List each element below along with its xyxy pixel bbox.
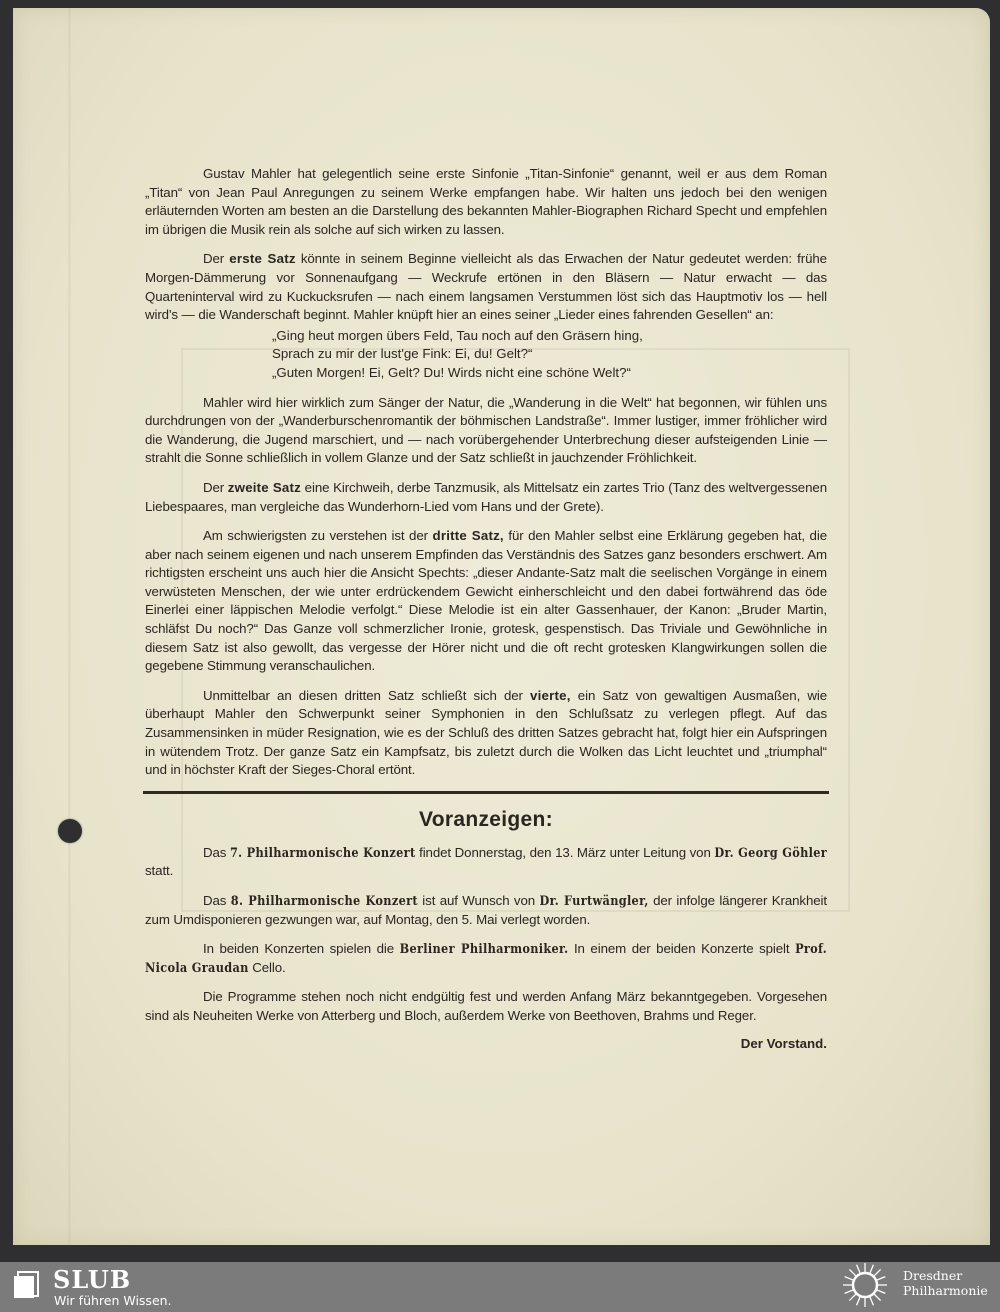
emphasis-third-movement: dritte Satz, bbox=[433, 528, 504, 543]
concert-name: 8. Philharmonische Konzert bbox=[231, 893, 418, 908]
paragraph-second-movement: Der zweite Satz eine Kirchweih, derbe Ta… bbox=[145, 479, 827, 516]
sunburst-ring-icon bbox=[840, 1260, 890, 1310]
paragraph-first-movement: Der erste Satz könnte in seinem Beginne … bbox=[145, 250, 827, 324]
slub-logo-text[interactable]: SLUB bbox=[53, 1267, 131, 1293]
announcement-item: Die Programme stehen noch nicht endgülti… bbox=[145, 988, 827, 1025]
document-body: Gustav Mahler hat gelegentlich seine ers… bbox=[145, 165, 827, 1053]
paragraph-intro: Gustav Mahler hat gelegentlich seine ers… bbox=[145, 165, 827, 239]
book-pages-icon bbox=[12, 1270, 42, 1300]
paragraph-fourth-movement: Unmittelbar an diesen dritten Satz schli… bbox=[145, 687, 827, 780]
document-page: Gustav Mahler hat gelegentlich seine ers… bbox=[13, 8, 990, 1245]
signature: Der Vorstand. bbox=[145, 1035, 827, 1054]
announcements-title: Voranzeigen: bbox=[145, 808, 827, 832]
conductor-name: Dr. Georg Göhler bbox=[714, 845, 827, 860]
slub-tagline: Wir führen Wissen. bbox=[54, 1293, 172, 1309]
song-quote: „Ging heut morgen übers Feld, Tau noch a… bbox=[272, 327, 827, 383]
announcement-item: Das 7. Philharmonische Konzert findet Do… bbox=[145, 844, 827, 881]
footer-bar: SLUB Wir führen Wissen. Dresdner Philhar… bbox=[0, 1262, 1000, 1312]
punch-hole bbox=[58, 819, 82, 843]
verse-line: „Guten Morgen! Ei, Gelt? Du! Wirds nicht… bbox=[272, 364, 827, 383]
verse-line: „Ging heut morgen übers Feld, Tau noch a… bbox=[272, 327, 827, 346]
paragraph-third-movement: Am schwierigsten zu verstehen ist der dr… bbox=[145, 527, 827, 676]
dresdner-philharmonie-logo-text[interactable]: Dresdner Philharmonie bbox=[903, 1268, 988, 1298]
emphasis-first-movement: erste Satz bbox=[229, 251, 295, 266]
section-divider bbox=[143, 791, 829, 794]
orchestra-name: Berliner Philharmoniker. bbox=[400, 941, 569, 956]
announcement-item: Das 8. Philharmonische Konzert ist auf W… bbox=[145, 892, 827, 929]
announcement-item: In beiden Konzerten spielen die Berliner… bbox=[145, 940, 827, 977]
paragraph-wanderung: Mahler wird hier wirklich zum Sänger der… bbox=[145, 394, 827, 468]
verse-line: Sprach zu mir der lust'ge Fink: Ei, du! … bbox=[272, 345, 827, 364]
emphasis-second-movement: zweite Satz bbox=[228, 480, 301, 495]
conductor-name: Dr. Furtwängler, bbox=[539, 893, 648, 908]
emphasis-fourth-movement: vierte, bbox=[530, 688, 571, 703]
concert-name: 7. Philharmonische Konzert bbox=[230, 845, 416, 860]
